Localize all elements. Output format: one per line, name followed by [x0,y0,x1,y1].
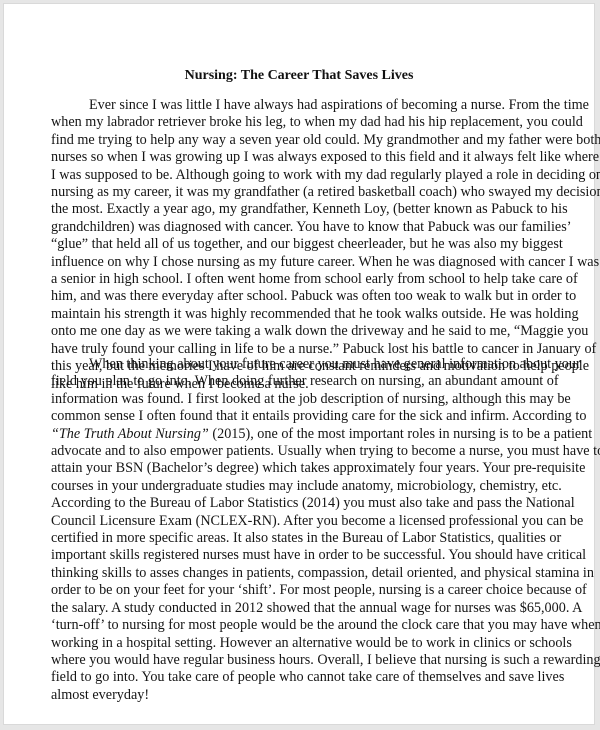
text-line: Ever since I was little I have always ha… [51,97,561,114]
text-line: maintain his strength it was highly reco… [51,306,561,323]
document-title: Nursing: The Career That Saves Lives [4,67,594,84]
text-line: advocate and to also empower patients. U… [51,443,561,460]
text-line: where you would have regular business ho… [51,652,561,669]
text-line: field you plan to go into. When doing fu… [51,373,561,390]
text-line-rest: (2015), one of the most important roles … [212,426,592,442]
paragraph-1: Ever since I was little I have always ha… [51,97,561,393]
text-line: common sense I often found that it entai… [51,408,561,425]
text-line: order to be on your feet for your ‘shift… [51,582,561,599]
text-line: when my labrador retriever broke his leg… [51,114,561,131]
text-line: the salary. A study conducted in 2012 sh… [51,600,561,617]
text-line: I was supposed to be. Although going to … [51,167,561,184]
document-page: Nursing: The Career That Saves Lives Eve… [3,3,595,725]
text-line: a senior in high school. I often went ho… [51,271,561,288]
paragraph-2: When thinking about your future career y… [51,356,561,704]
text-line: working in a hospital setting. However a… [51,635,561,652]
italic-source-title: “The Truth About Nursing” [51,426,209,442]
text-line: “glue” that held all of us together, and… [51,236,561,253]
text-line: attain your BSN (Bachelor’s degree) whic… [51,460,561,477]
text-line: According to the Bureau of Labor Statist… [51,495,561,512]
text-line: important skills registered nurses must … [51,547,561,564]
text-line: certified in more specific areas. It als… [51,530,561,547]
text-line: field to go into. You take care of peopl… [51,669,561,686]
text-line: information was found. I first looked at… [51,391,561,408]
text-line: courses in your undergraduate studies ma… [51,478,561,495]
text-line: thinking skills to asses changes in pati… [51,565,561,582]
text-line: grandchildren) was diagnosed with cancer… [51,219,561,236]
text-line: onto me one day as we were taking a walk… [51,323,561,340]
text-line: find me trying to help any way a seven y… [51,132,561,149]
text-line: him, and was there everyday after school… [51,288,561,305]
text-line: nursing as my career, it was my grandfat… [51,184,561,201]
text-line: ‘turn-off’ to nursing for most people wo… [51,617,561,634]
text-line: influence on why I chose nursing as my f… [51,254,561,271]
text-line: the most. Exactly a year ago, my grandfa… [51,201,561,218]
text-line: nurses so when I was growing up I was al… [51,149,561,166]
text-line: almost everyday! [51,687,561,704]
text-line: When thinking about your future career y… [51,356,561,373]
text-line-with-citation: “The Truth About Nursing” (2015), one of… [51,426,561,443]
text-line: Council Licensure Exam (NCLEX-RN). After… [51,513,561,530]
